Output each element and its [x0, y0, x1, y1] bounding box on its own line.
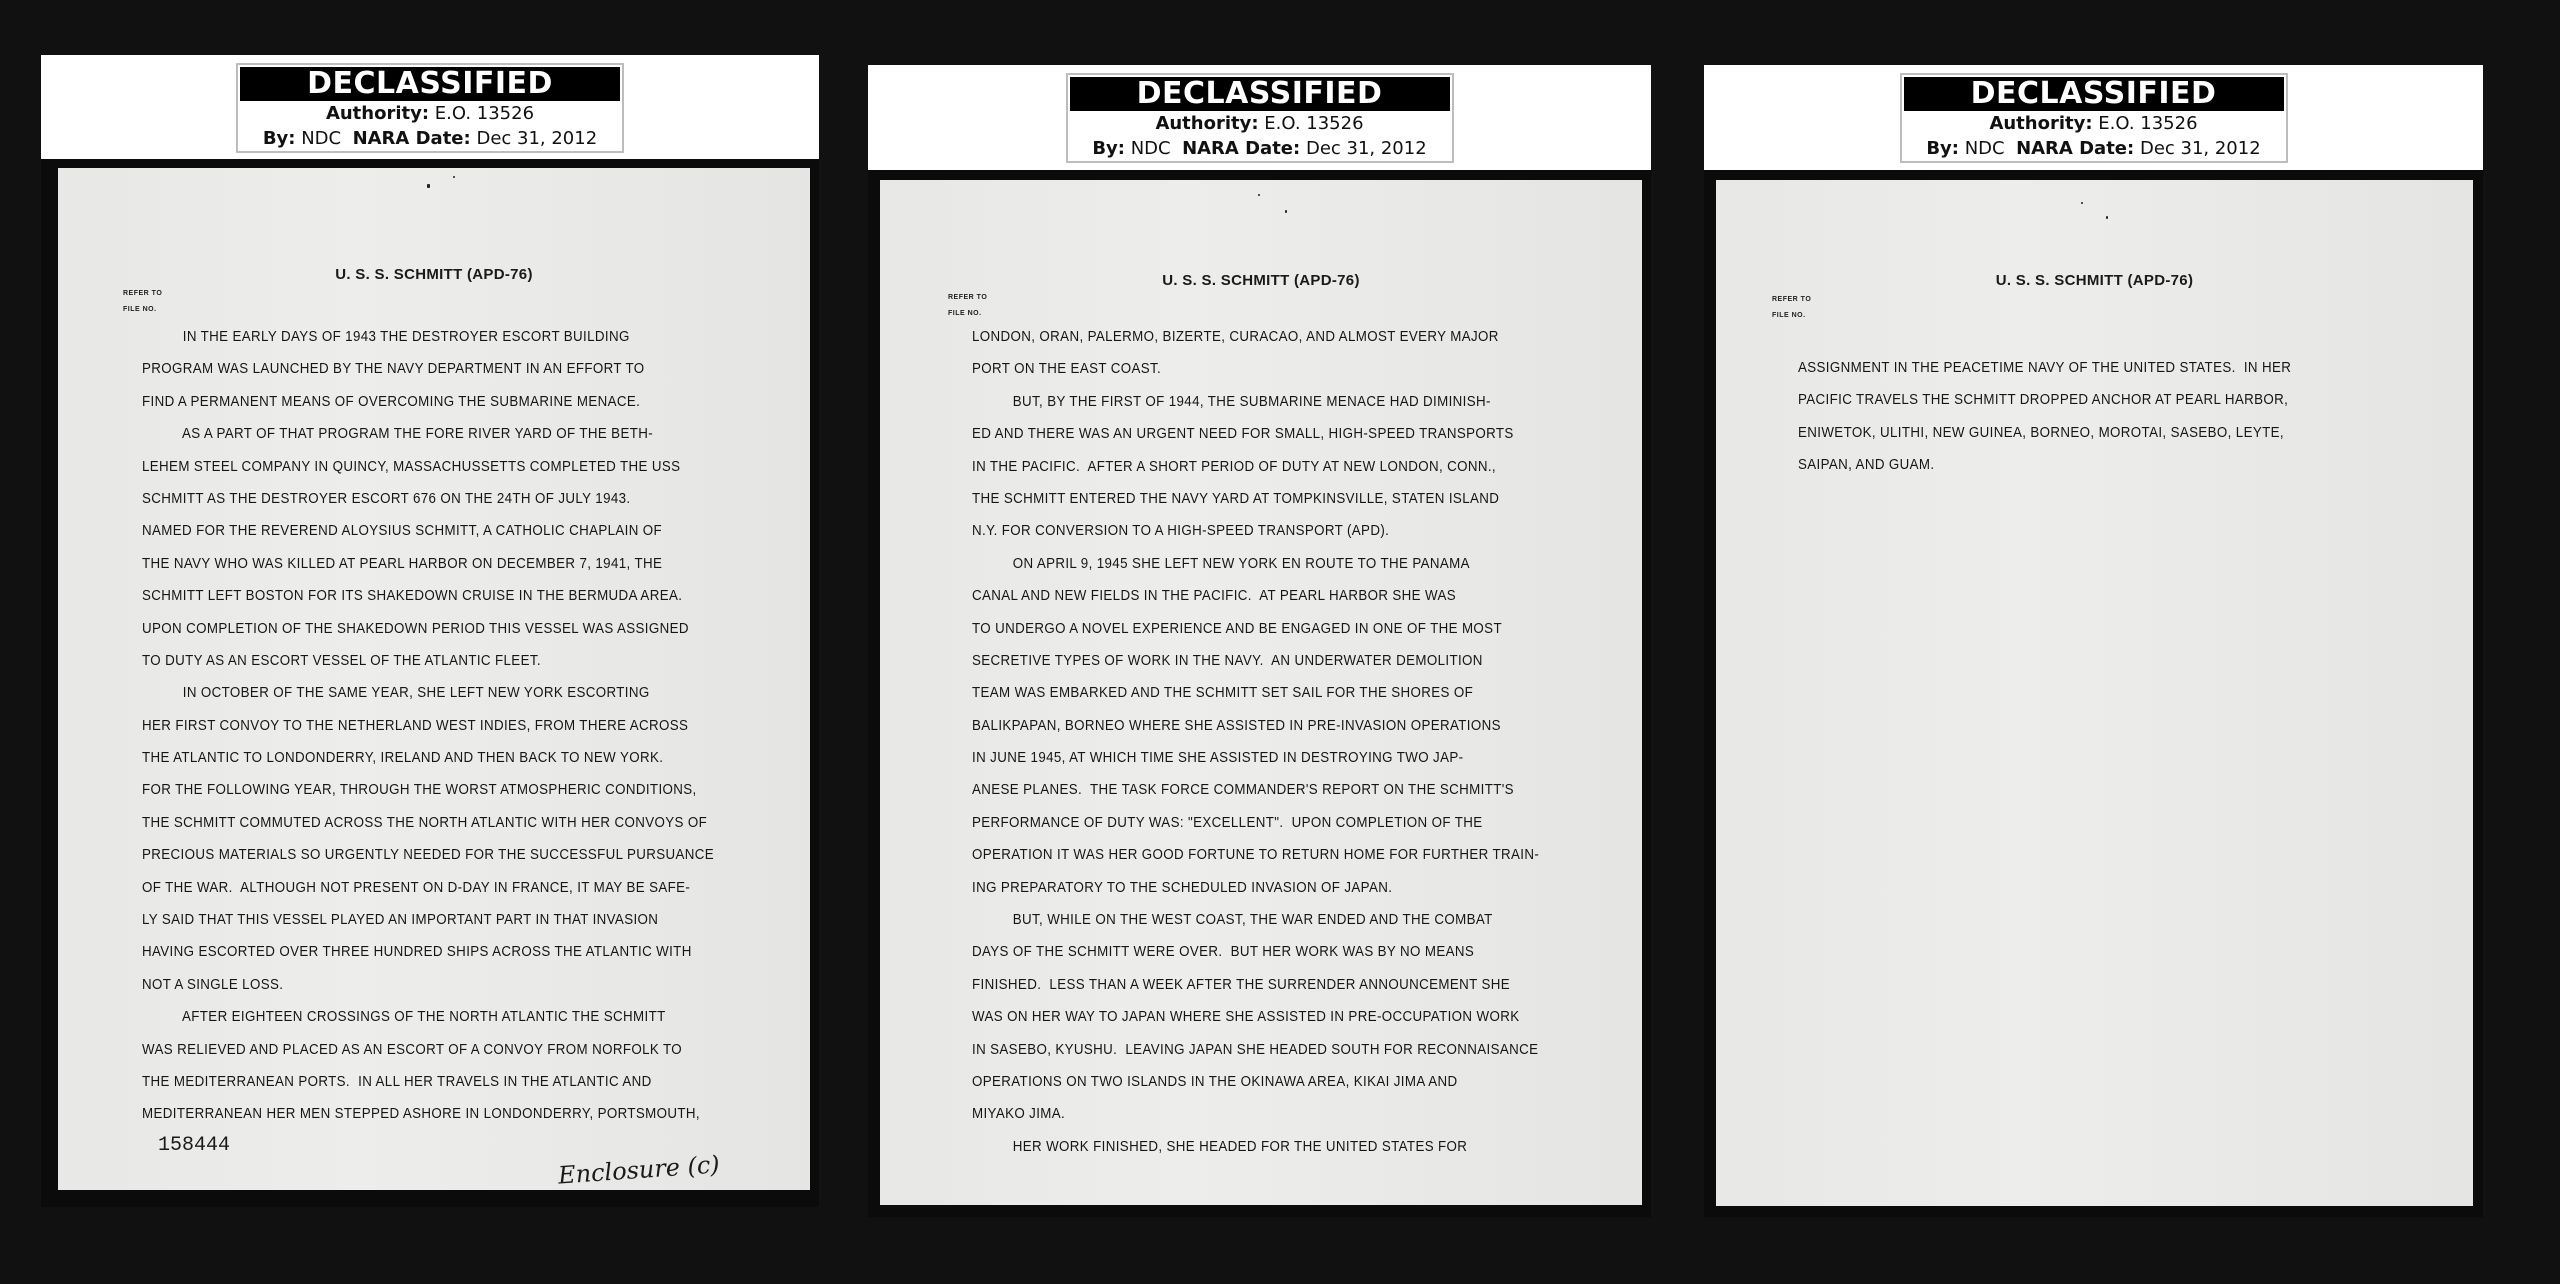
text-line: CANAL AND NEW FIELDS IN THE PACIFIC. AT … — [972, 580, 1539, 612]
declassification-banner: DECLASSIFIED Authority: E.O. 13526 By: N… — [41, 55, 819, 159]
body-text: IN THE EARLY DAYS OF 1943 THE DESTROYER … — [142, 321, 714, 1131]
text-line: SCHMITT LEFT BOSTON FOR ITS SHAKEDOWN CR… — [142, 580, 714, 612]
authority-label: Authority: — [1989, 113, 2092, 134]
authority-value: E.O. 13526 — [435, 103, 534, 124]
letterhead-title: U. S. S. SCHMITT (APD-76) — [1716, 272, 2473, 289]
stamp-by-date: By: NDC NARA Date: Dec 31, 2012 — [1902, 136, 2286, 161]
text-line: UPON COMPLETION OF THE SHAKEDOWN PERIOD … — [142, 613, 714, 645]
text-line: ASSIGNMENT IN THE PEACETIME NAVY OF THE … — [1798, 352, 2291, 384]
text-line: IN JUNE 1945, AT WHICH TIME SHE ASSISTED… — [972, 742, 1539, 774]
text-line: LEHEM STEEL COMPANY IN QUINCY, MASSACHUS… — [142, 451, 714, 483]
ink-speck — [2106, 216, 2108, 219]
text-line: ING PREPARATORY TO THE SCHEDULED INVASIO… — [972, 872, 1539, 904]
body-text: LONDON, ORAN, PALERMO, BIZERTE, CURACAO,… — [972, 321, 1539, 1163]
text-line: ON APRIL 9, 1945 SHE LEFT NEW YORK EN RO… — [972, 548, 1539, 580]
refer-to: REFER TO — [948, 290, 987, 306]
text-line: FIND A PERMANENT MEANS OF OVERCOMING THE… — [142, 386, 714, 418]
text-line: IN THE PACIFIC. AFTER A SHORT PERIOD OF … — [972, 451, 1539, 483]
text-line: LY SAID THAT THIS VESSEL PLAYED AN IMPOR… — [142, 904, 714, 936]
text-line: WAS ON HER WAY TO JAPAN WHERE SHE ASSIST… — [972, 1001, 1539, 1033]
refer-to-label: REFER TO FILE NO. — [948, 290, 987, 322]
date-value: Dec 31, 2012 — [1306, 138, 1427, 159]
body-text: ASSIGNMENT IN THE PEACETIME NAVY OF THE … — [1798, 352, 2291, 482]
paper-sheet: U. S. S. SCHMITT (APD-76) REFER TO FILE … — [880, 180, 1642, 1205]
authority-value: E.O. 13526 — [2098, 113, 2197, 134]
text-line: BUT, WHILE ON THE WEST COAST, THE WAR EN… — [972, 904, 1539, 936]
document-page-1: DECLASSIFIED Authority: E.O. 13526 By: N… — [41, 55, 819, 1207]
document-page-2: DECLASSIFIED Authority: E.O. 13526 By: N… — [868, 65, 1651, 1217]
date-value: Dec 31, 2012 — [2140, 138, 2261, 159]
text-line: THE SCHMITT COMMUTED ACROSS THE NORTH AT… — [142, 807, 714, 839]
date-label: NARA Date: — [353, 128, 471, 149]
date-label: NARA Date: — [2016, 138, 2134, 159]
text-line: NAMED FOR THE REVEREND ALOYSIUS SCHMITT,… — [142, 515, 714, 547]
date-label: NARA Date: — [1182, 138, 1300, 159]
text-line: HER WORK FINISHED, SHE HEADED FOR THE UN… — [972, 1131, 1539, 1163]
text-line: TEAM WAS EMBARKED AND THE SCHMITT SET SA… — [972, 677, 1539, 709]
text-line: OPERATIONS ON TWO ISLANDS IN THE OKINAWA… — [972, 1066, 1539, 1098]
text-line: MIYAKO JIMA. — [972, 1098, 1539, 1130]
text-line: AFTER EIGHTEEN CROSSINGS OF THE NORTH AT… — [142, 1001, 714, 1033]
refer-to: REFER TO — [1772, 292, 1811, 308]
ink-speck — [427, 184, 430, 188]
stamp-by-date: By: NDC NARA Date: Dec 31, 2012 — [238, 126, 622, 151]
stamp-heading: DECLASSIFIED — [1904, 77, 2284, 111]
paper-sheet: U. S. S. SCHMITT (APD-76) REFER TO FILE … — [58, 168, 810, 1190]
by-value: NDC — [1131, 138, 1171, 159]
text-line: IN THE EARLY DAYS OF 1943 THE DESTROYER … — [142, 321, 714, 353]
authority-value: E.O. 13526 — [1264, 113, 1363, 134]
text-line: SCHMITT AS THE DESTROYER ESCORT 676 ON T… — [142, 483, 714, 515]
file-no: FILE NO. — [948, 306, 987, 322]
text-line: OPERATION IT WAS HER GOOD FORTUNE TO RET… — [972, 839, 1539, 871]
letterhead-title: U. S. S. SCHMITT (APD-76) — [880, 272, 1642, 289]
authority-label: Authority: — [326, 103, 429, 124]
date-value: Dec 31, 2012 — [476, 128, 597, 149]
text-line: DAYS OF THE SCHMITT WERE OVER. BUT HER W… — [972, 936, 1539, 968]
ink-speck — [1258, 194, 1260, 196]
text-line: WAS RELIEVED AND PLACED AS AN ESCORT OF … — [142, 1034, 714, 1066]
text-line: PRECIOUS MATERIALS SO URGENTLY NEEDED FO… — [142, 839, 714, 871]
stamp-authority: Authority: E.O. 13526 — [238, 101, 622, 126]
ink-speck — [1285, 210, 1287, 213]
ink-speck — [2081, 202, 2083, 204]
text-line: HER FIRST CONVOY TO THE NETHERLAND WEST … — [142, 710, 714, 742]
text-line: ANESE PLANES. THE TASK FORCE COMMANDER'S… — [972, 774, 1539, 806]
text-line: BALIKPAPAN, BORNEO WHERE SHE ASSISTED IN… — [972, 710, 1539, 742]
by-value: NDC — [301, 128, 341, 149]
text-line: ED AND THERE WAS AN URGENT NEED FOR SMAL… — [972, 418, 1539, 450]
text-line: MEDITERRANEAN HER MEN STEPPED ASHORE IN … — [142, 1098, 714, 1130]
stamp-heading: DECLASSIFIED — [1070, 77, 1450, 111]
stamp-authority: Authority: E.O. 13526 — [1068, 111, 1452, 136]
text-line: FOR THE FOLLOWING YEAR, THROUGH THE WORS… — [142, 774, 714, 806]
authority-label: Authority: — [1155, 113, 1258, 134]
declassified-stamp: DECLASSIFIED Authority: E.O. 13526 By: N… — [1066, 73, 1454, 163]
declassified-stamp: DECLASSIFIED Authority: E.O. 13526 By: N… — [236, 63, 624, 153]
declassification-banner: DECLASSIFIED Authority: E.O. 13526 By: N… — [1704, 65, 2483, 170]
text-line: SAIPAN, AND GUAM. — [1798, 449, 2291, 481]
stamp-authority: Authority: E.O. 13526 — [1902, 111, 2286, 136]
refer-to: REFER TO — [123, 286, 162, 302]
text-line: SECRETIVE TYPES OF WORK IN THE NAVY. AN … — [972, 645, 1539, 677]
ink-speck — [453, 176, 455, 178]
text-line: THE MEDITERRANEAN PORTS. IN ALL HER TRAV… — [142, 1066, 714, 1098]
text-line: THE ATLANTIC TO LONDONDERRY, IRELAND AND… — [142, 742, 714, 774]
text-line: IN SASEBO, KYUSHU. LEAVING JAPAN SHE HEA… — [972, 1034, 1539, 1066]
text-line: AS A PART OF THAT PROGRAM THE FORE RIVER… — [142, 418, 714, 450]
handwritten-enclosure-note: Enclosure (c) — [557, 1150, 720, 1189]
text-line: LONDON, ORAN, PALERMO, BIZERTE, CURACAO,… — [972, 321, 1539, 353]
stamp-heading: DECLASSIFIED — [240, 67, 620, 101]
refer-to-label: REFER TO FILE NO. — [1772, 292, 1811, 324]
text-line: THE SCHMITT ENTERED THE NAVY YARD AT TOM… — [972, 483, 1539, 515]
text-line: N.Y. FOR CONVERSION TO A HIGH-SPEED TRAN… — [972, 515, 1539, 547]
text-line: ENIWETOK, ULITHI, NEW GUINEA, BORNEO, MO… — [1798, 417, 2291, 449]
text-line: PORT ON THE EAST COAST. — [972, 353, 1539, 385]
by-value: NDC — [1965, 138, 2005, 159]
text-line: PERFORMANCE OF DUTY WAS: "EXCELLENT". UP… — [972, 807, 1539, 839]
text-line: FINISHED. LESS THAN A WEEK AFTER THE SUR… — [972, 969, 1539, 1001]
text-line: HAVING ESCORTED OVER THREE HUNDRED SHIPS… — [142, 936, 714, 968]
by-label: By: — [263, 128, 296, 149]
text-line: PACIFIC TRAVELS THE SCHMITT DROPPED ANCH… — [1798, 384, 2291, 416]
text-line: THE NAVY WHO WAS KILLED AT PEARL HARBOR … — [142, 548, 714, 580]
file-no: FILE NO. — [123, 302, 162, 318]
text-line: PROGRAM WAS LAUNCHED BY THE NAVY DEPARTM… — [142, 353, 714, 385]
text-line: BUT, BY THE FIRST OF 1944, THE SUBMARINE… — [972, 386, 1539, 418]
text-line: IN OCTOBER OF THE SAME YEAR, SHE LEFT NE… — [142, 677, 714, 709]
letterhead-title: U. S. S. SCHMITT (APD-76) — [58, 266, 810, 283]
text-line: NOT A SINGLE LOSS. — [142, 969, 714, 1001]
paper-sheet: U. S. S. SCHMITT (APD-76) REFER TO FILE … — [1716, 180, 2473, 1206]
file-no: FILE NO. — [1772, 308, 1811, 324]
stamp-by-date: By: NDC NARA Date: Dec 31, 2012 — [1068, 136, 1452, 161]
declassified-stamp: DECLASSIFIED Authority: E.O. 13526 By: N… — [1900, 73, 2288, 163]
declassification-banner: DECLASSIFIED Authority: E.O. 13526 By: N… — [868, 65, 1651, 170]
text-line: TO DUTY AS AN ESCORT VESSEL OF THE ATLAN… — [142, 645, 714, 677]
text-line: OF THE WAR. ALTHOUGH NOT PRESENT ON D-DA… — [142, 872, 714, 904]
by-label: By: — [1926, 138, 1959, 159]
document-number: 158444 — [158, 1134, 230, 1157]
refer-to-label: REFER TO FILE NO. — [123, 286, 162, 318]
document-page-3: DECLASSIFIED Authority: E.O. 13526 By: N… — [1704, 65, 2483, 1217]
text-line: TO UNDERGO A NOVEL EXPERIENCE AND BE ENG… — [972, 613, 1539, 645]
by-label: By: — [1092, 138, 1125, 159]
